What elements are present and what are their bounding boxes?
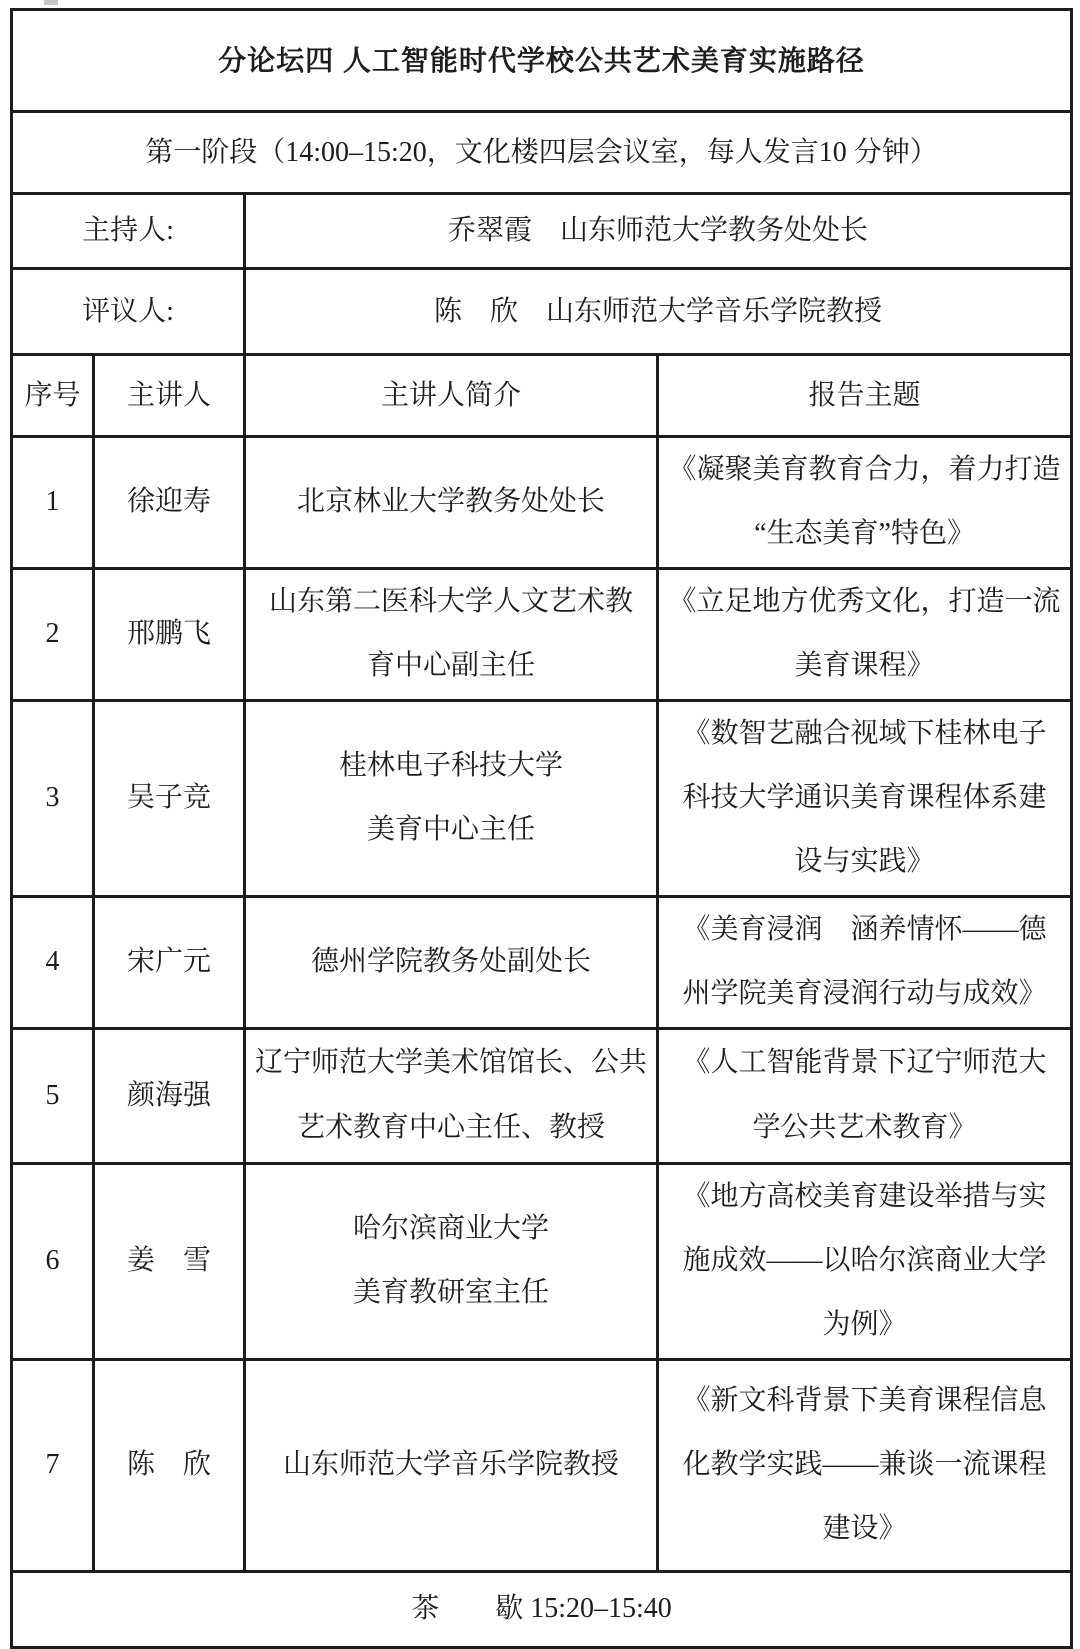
stage-info: 第一阶段（14:00–15:20，文化楼四层会议室，每人发言10 分钟）	[12, 112, 1072, 194]
stage-row: 第一阶段（14:00–15:20，文化楼四层会议室，每人发言10 分钟）	[12, 112, 1072, 194]
host-row: 主持人: 乔翠霞 山东师范大学教务处处长	[12, 194, 1072, 269]
speaker-name: 姜 雪	[94, 1163, 245, 1359]
report-topic: 《新文科背景下美育课程信息化教学实践——兼谈一流课程建设》	[658, 1359, 1072, 1571]
speaker-intro: 辽宁师范大学美术馆馆长、公共艺术教育中心主任、教授	[245, 1028, 658, 1163]
report-topic: 《凝聚美育教育合力，着力打造“生态美育”特色》	[658, 437, 1072, 569]
row-number: 7	[12, 1359, 94, 1571]
tea-break-info: 茶 歇 15:20–15:40	[12, 1571, 1072, 1647]
row-number: 4	[12, 896, 94, 1028]
title-row: 分论坛四 人工智能时代学校公共艺术美育实施路径	[12, 10, 1072, 112]
table-row: 4 宋广元 德州学院教务处副处长 《美育浸润 涵养情怀——德州学院美育浸润行动与…	[12, 896, 1072, 1028]
speaker-intro: 北京林业大学教务处处长	[245, 437, 658, 569]
row-number: 6	[12, 1163, 94, 1359]
column-header-row: 序号 主讲人 主讲人简介 报告主题	[12, 355, 1072, 437]
scan-artifact	[44, 0, 58, 5]
report-topic: 《美育浸润 涵养情怀——德州学院美育浸润行动与成效》	[658, 896, 1072, 1028]
speaker-name: 吴子竞	[94, 700, 245, 896]
reviewer-row: 评议人: 陈 欣 山东师范大学音乐学院教授	[12, 269, 1072, 355]
col-header-topic: 报告主题	[658, 355, 1072, 437]
table-row: 1 徐迎寿 北京林业大学教务处处长 《凝聚美育教育合力，着力打造“生态美育”特色…	[12, 437, 1072, 569]
speaker-name: 颜海强	[94, 1028, 245, 1163]
row-number: 2	[12, 568, 94, 700]
speaker-intro: 山东师范大学音乐学院教授	[245, 1359, 658, 1571]
speaker-intro: 山东第二医科大学人文艺术教育中心副主任	[245, 568, 658, 700]
reviewer-label: 评议人:	[12, 269, 245, 355]
table-row: 5 颜海强 辽宁师范大学美术馆馆长、公共艺术教育中心主任、教授 《人工智能背景下…	[12, 1028, 1072, 1163]
forum-title: 分论坛四 人工智能时代学校公共艺术美育实施路径	[12, 10, 1072, 112]
host-label: 主持人:	[12, 194, 245, 269]
forum-program-table: 分论坛四 人工智能时代学校公共艺术美育实施路径 第一阶段（14:00–15:20…	[10, 8, 1073, 1649]
table-row: 3 吴子竞 桂林电子科技大学美育中心主任 《数智艺融合视域下桂林电子科技大学通识…	[12, 700, 1072, 896]
speaker-name: 邢鹏飞	[94, 568, 245, 700]
table-row: 6 姜 雪 哈尔滨商业大学美育教研室主任 《地方高校美育建设举措与实施成效——以…	[12, 1163, 1072, 1359]
col-header-speaker: 主讲人	[94, 355, 245, 437]
table-row: 2 邢鹏飞 山东第二医科大学人文艺术教育中心副主任 《立足地方优秀文化，打造一流…	[12, 568, 1072, 700]
speaker-name: 徐迎寿	[94, 437, 245, 569]
col-header-number: 序号	[12, 355, 94, 437]
col-header-intro: 主讲人简介	[245, 355, 658, 437]
speaker-name: 宋广元	[94, 896, 245, 1028]
speaker-intro: 哈尔滨商业大学美育教研室主任	[245, 1163, 658, 1359]
tea-break-row: 茶 歇 15:20–15:40	[12, 1571, 1072, 1647]
speaker-intro: 桂林电子科技大学美育中心主任	[245, 700, 658, 896]
host-value: 乔翠霞 山东师范大学教务处处长	[245, 194, 1072, 269]
report-topic: 《数智艺融合视域下桂林电子科技大学通识美育课程体系建设与实践》	[658, 700, 1072, 896]
speaker-name: 陈 欣	[94, 1359, 245, 1571]
row-number: 1	[12, 437, 94, 569]
speaker-intro: 德州学院教务处副处长	[245, 896, 658, 1028]
program-sheet: 分论坛四 人工智能时代学校公共艺术美育实施路径 第一阶段（14:00–15:20…	[10, 8, 1073, 1649]
row-number: 3	[12, 700, 94, 896]
report-topic: 《人工智能背景下辽宁师范大学公共艺术教育》	[658, 1028, 1072, 1163]
report-topic: 《地方高校美育建设举措与实施成效——以哈尔滨商业大学为例》	[658, 1163, 1072, 1359]
row-number: 5	[12, 1028, 94, 1163]
table-row: 7 陈 欣 山东师范大学音乐学院教授 《新文科背景下美育课程信息化教学实践——兼…	[12, 1359, 1072, 1571]
report-topic: 《立足地方优秀文化，打造一流美育课程》	[658, 568, 1072, 700]
reviewer-value: 陈 欣 山东师范大学音乐学院教授	[245, 269, 1072, 355]
